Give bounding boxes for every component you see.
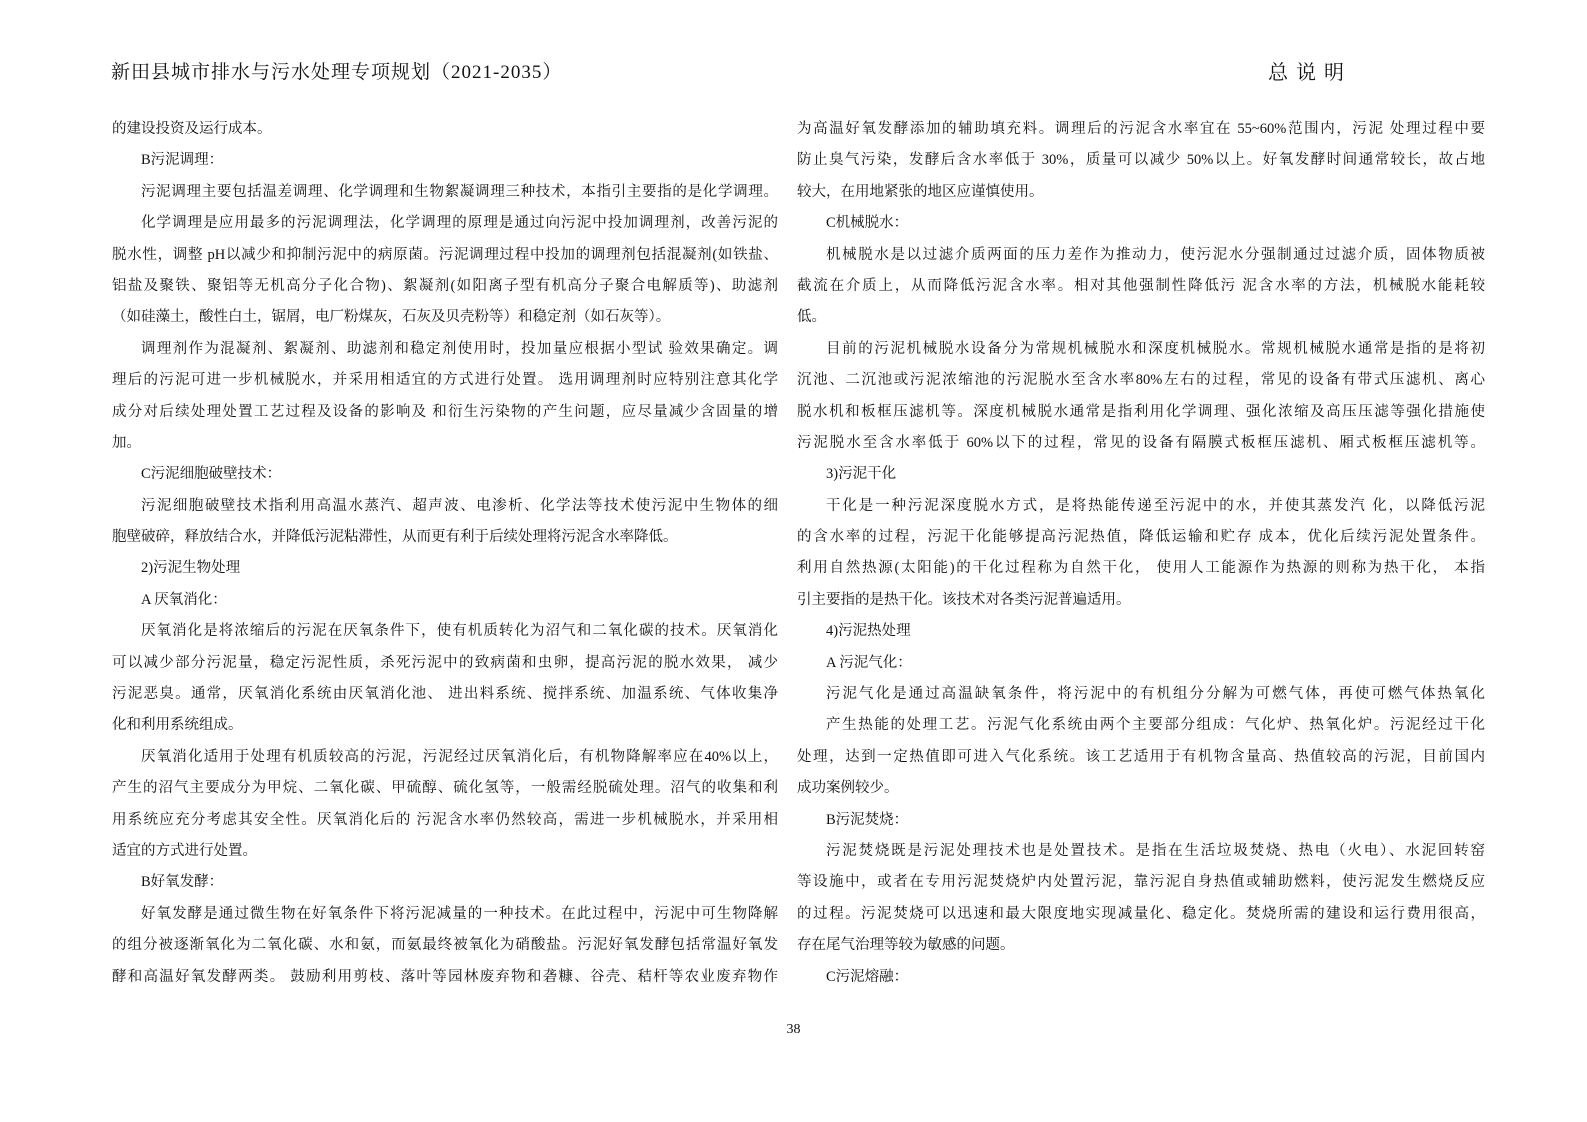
text-line: 等设施中，或者在专用污泥焚烧炉内处置污泥，靠污泥自身热值或辅助燃料，使污泥发生燃… — [797, 867, 1485, 898]
text-line: 处理，达到一定热值即可进入气化系统。该工艺适用于有机物含量高、热值较高的污泥，目… — [797, 742, 1485, 773]
text-line: 污泥脱水至含水率低于 60%以下的过程，常见的设备有隔膜式板框压滤机、厢式板框压… — [797, 428, 1485, 459]
page-footer: 38 — [0, 1022, 1587, 1038]
text-line: C污泥细胞破壁技术： — [112, 459, 778, 490]
text-line: 适宜的方式进行处置。 — [112, 836, 778, 867]
text-line: 加。 — [112, 428, 778, 459]
text-line: 污泥恶臭。通常，厌氧消化系统由厌氧消化池、 进出料系统、搅拌系统、加温系统、气体… — [112, 679, 778, 710]
text-line: 可以减少部分污泥量，稳定污泥性质，杀死污泥中的致病菌和虫卵，提高污泥的脱水效果，… — [112, 648, 778, 679]
text-line: 脱水机和板框压滤机等。深度机械脱水通常是指利用化学调理、强化浓缩及高压压滤等强化… — [797, 397, 1485, 428]
document-page: 新田县城市排水与污水处理专项规划（2021-2035） 总说明 的建设投资及运行… — [0, 0, 1587, 1122]
text-line: 理后的污泥可进一步机械脱水，并采用相适宜的方式进行处置。 选用调理剂时应特别注意… — [112, 365, 778, 396]
text-line: 的建设投资及运行成本。 — [112, 114, 778, 145]
text-line: C污泥熔融： — [797, 962, 1485, 993]
text-line: 4)污泥热处理 — [797, 616, 1485, 647]
page-number: 38 — [787, 1022, 801, 1037]
document-title: 新田县城市排水与污水处理专项规划（2021-2035） — [111, 57, 562, 84]
text-line: B污泥焚烧： — [797, 805, 1485, 836]
text-line: 沉池、二沉池或污泥浓缩池的污泥脱水至含水率80%左右的过程，常见的设备有带式压滤… — [797, 365, 1485, 396]
text-line: B污泥调理： — [112, 145, 778, 176]
text-line: 化学调理是应用最多的污泥调理法，化学调理的原理是通过向污泥中投加调理剂，改善污泥… — [112, 208, 778, 239]
text-line: 机械脱水是以过滤介质两面的压力差作为推动力，使污泥水分强制通过过滤介质，固体物质… — [797, 240, 1485, 271]
text-line: 成功案例较少。 — [797, 773, 1485, 804]
right-column: 为高温好氧发酵添加的辅助填充料。调理后的污泥含水率宜在 55~60%范围内，污泥… — [797, 114, 1485, 993]
text-line: 厌氧消化适用于处理有机质较高的污泥，污泥经过厌氧消化后，有机物降解率应在40%以… — [112, 742, 778, 773]
text-line: 化和利用系统组成。 — [112, 710, 778, 741]
left-column: 的建设投资及运行成本。B污泥调理：污泥调理主要包括温差调理、化学调理和生物絮凝调… — [112, 114, 778, 993]
text-line: 引主要指的是热干化。该技术对各类污泥普遍适用。 — [797, 585, 1485, 616]
section-title: 总说明 — [1268, 56, 1352, 85]
text-line: 产生的沼气主要成分为甲烷、二氧化碳、甲硫醇、硫化氢等，一般需经脱硫处理。沼气的收… — [112, 773, 778, 804]
text-line: 的过程。污泥焚烧可以迅速和最大限度地实现减量化、稳定化。焚烧所需的建设和运行费用… — [797, 899, 1485, 930]
text-line: 存在尾气治理等较为敏感的问题。 — [797, 930, 1485, 961]
text-line: 好氧发酵是通过微生物在好氧条件下将污泥减量的一种技术。在此过程中，污泥中可生物降… — [112, 899, 778, 930]
text-line: （如硅藻土，酸性白土，锯屑，电厂粉煤灰，石灰及贝壳粉等）和稳定剂（如石灰等）。 — [112, 302, 778, 333]
text-line: 低。 — [797, 302, 1485, 333]
text-line: 为高温好氧发酵添加的辅助填充料。调理后的污泥含水率宜在 55~60%范围内，污泥… — [797, 114, 1485, 145]
text-line: 污泥调理主要包括温差调理、化学调理和生物絮凝调理三种技术，本指引主要指的是化学调… — [112, 177, 778, 208]
text-line: 的含水率的过程，污泥干化能够提高污泥热值，降低运输和贮存 成本，优化后续污泥处置… — [797, 522, 1485, 553]
text-line: 2)污泥生物处理 — [112, 553, 778, 584]
text-line: 截流在介质上，从而降低污泥含水率。相对其他强制性降低污 泥含水率的方法，机械脱水… — [797, 271, 1485, 302]
text-line: 酵和高温好氧发酵两类。 鼓励利用剪枝、落叶等园林废弃物和砻糠、谷壳、秸杆等农业废… — [112, 962, 778, 993]
text-line: 产生热能的处理工艺。污泥气化系统由两个主要部分组成：气化炉、热氧化炉。污泥经过干… — [797, 710, 1485, 741]
text-line: A 厌氧消化： — [112, 585, 778, 616]
text-line: 胞壁破碎，释放结合水，并降低污泥粘滞性，从而更有利于后续处理将污泥含水率降低。 — [112, 522, 778, 553]
text-line: 用系统应充分考虑其安全性。厌氧消化后的 污泥含水率仍然较高，需进一步机械脱水，并… — [112, 805, 778, 836]
text-line: 成分对后续处理处置工艺过程及设备的影响及 和衍生污染物的产生问题，应尽量减少含固… — [112, 397, 778, 428]
text-line: A 污泥气化： — [797, 648, 1485, 679]
text-line: 干化是一种污泥深度脱水方式，是将热能传递至污泥中的水，并使其蒸发汽 化，以降低污… — [797, 491, 1485, 522]
text-line: 调理剂作为混凝剂、絮凝剂、助滤剂和稳定剂使用时，投加量应根据小型试 验效果确定。… — [112, 334, 778, 365]
text-line: 防止臭气污染，发酵后含水率低于 30%，质量可以减少 50%以上。好氧发酵时间通… — [797, 145, 1485, 176]
text-line: 目前的污泥机械脱水设备分为常规机械脱水和深度机械脱水。常规机械脱水通常是指的是将… — [797, 334, 1485, 365]
text-line: 脱水性，调整 pH以减少和抑制污泥中的病原菌。污泥调理过程中投加的调理剂包括混凝… — [112, 240, 778, 271]
text-line: 较大，在用地紧张的地区应谨慎使用。 — [797, 177, 1485, 208]
text-line: 利用自然热源(太阳能)的干化过程称为自然干化， 使用人工能源作为热源的则称为热干… — [797, 553, 1485, 584]
text-line: 污泥焚烧既是污泥处理技术也是处置技术。是指在生活垃圾焚烧、热电（火电）、水泥回转… — [797, 836, 1485, 867]
text-line: 铝盐及聚铁、聚铝等无机高分子化合物)、絮凝剂(如阳离子型有机高分子聚合电解质等)… — [112, 271, 778, 302]
text-line: 污泥气化是通过高温缺氧条件，将污泥中的有机组分分解为可燃气体，再使可燃气体热氧化 — [797, 679, 1485, 710]
text-line: C机械脱水： — [797, 208, 1485, 239]
text-line: B好氧发酵： — [112, 867, 778, 898]
text-line: 3)污泥干化 — [797, 459, 1485, 490]
text-line: 污泥细胞破壁技术指利用高温水蒸汽、超声波、电渗析、化学法等技术使污泥中生物体的细 — [112, 491, 778, 522]
text-line: 厌氧消化是将浓缩后的污泥在厌氧条件下，使有机质转化为沼气和二氧化碳的技术。厌氧消… — [112, 616, 778, 647]
text-line: 的组分被逐渐氧化为二氧化碳、水和氨，而氨最终被氧化为硝酸盐。污泥好氧发酵包括常温… — [112, 930, 778, 961]
